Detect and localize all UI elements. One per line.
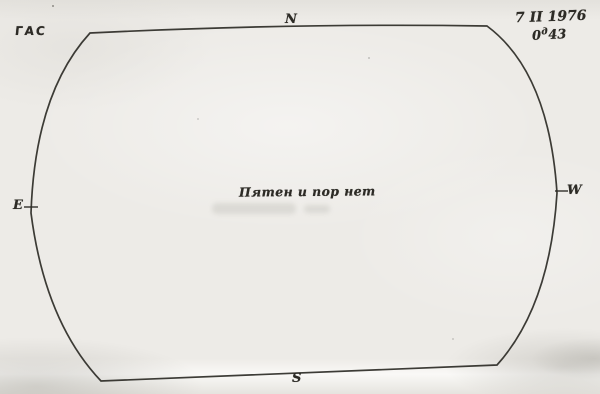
observatory-code: ГАС: [14, 24, 47, 38]
erased-pencil-smudge: [212, 203, 296, 214]
east-label: E: [13, 199, 23, 212]
paper-speck: [452, 338, 454, 340]
time-whole: 0: [532, 28, 542, 43]
south-label: S: [292, 372, 301, 385]
paper-speck: [197, 118, 199, 120]
date-label: 7 II 1976: [515, 9, 587, 25]
paper-speck: [52, 5, 54, 7]
north-label: N: [285, 13, 297, 26]
west-label: W: [567, 184, 582, 197]
paper-speck: [368, 57, 370, 59]
erased-pencil-smudge: [304, 205, 330, 213]
no-spots-note: Пятен и пор нет: [239, 185, 376, 199]
time-label: 0д43: [532, 27, 567, 43]
time-fraction: 43: [548, 27, 567, 43]
scanned-observation-sheet: ГАС 7 II 1976 0д43 N S E W Пятен и пор н…: [0, 0, 600, 394]
